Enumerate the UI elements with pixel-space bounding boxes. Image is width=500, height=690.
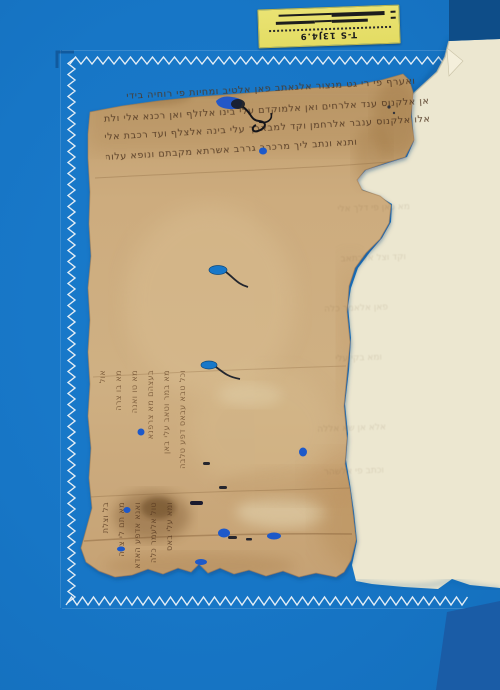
ruler-end-mark	[391, 17, 396, 19]
top-right-dark-corner	[449, 0, 500, 41]
stitched-border-top	[70, 57, 450, 64]
marginal-line: מא טו ואנה	[127, 370, 143, 505]
marginal-line: בעצהם מא צרפנא	[143, 370, 159, 505]
stain-light	[125, 205, 295, 395]
stitched-border-left	[68, 58, 75, 603]
ruler-scale-row	[259, 11, 399, 16]
stitched-border-bottom	[66, 597, 468, 605]
marginal-line: בל וצלת	[98, 502, 114, 590]
marginal-line: ואנא אדפע האדא	[130, 502, 146, 590]
shelfmark-label: T-S 13J4.9	[279, 28, 377, 41]
stain-light	[218, 383, 282, 407]
marginal-text-block-left: אול מא בו צרה מא טו ואנה בעצהם מא צרפנא …	[95, 370, 191, 505]
ruler-scale-row	[259, 18, 399, 23]
marginal-line: מא תם לי צרה	[114, 502, 130, 590]
marginal-line: טול אלעמר כלה	[146, 502, 162, 590]
marginal-line: וכל טבא עבאס דפע טלבה	[175, 370, 191, 505]
marginal-text-block-bottom: בל וצלת מא תם לי צרה ואנא אדפע האדא טול …	[98, 502, 178, 590]
pocket-edge-left	[60, 50, 61, 608]
marginal-line: מא בו צרה	[111, 370, 127, 505]
pocket-edge-bottom	[62, 608, 472, 609]
ruler-end-mark	[390, 11, 395, 13]
marginal-line: אול	[95, 370, 111, 505]
marginal-line: ומא עלי באס	[162, 502, 178, 590]
photo-of-genizah-fragment: ואערף פי רי גט מנצור אלגאתב פאן אלטיב ומ…	[0, 0, 500, 690]
scale-ruler: T-S 13J4.9	[257, 5, 400, 49]
bottom-right-dark-wedge	[436, 601, 500, 690]
marginal-line: מא במר וטאב עלי באן	[159, 370, 175, 505]
pocket-edge-top	[62, 50, 448, 51]
